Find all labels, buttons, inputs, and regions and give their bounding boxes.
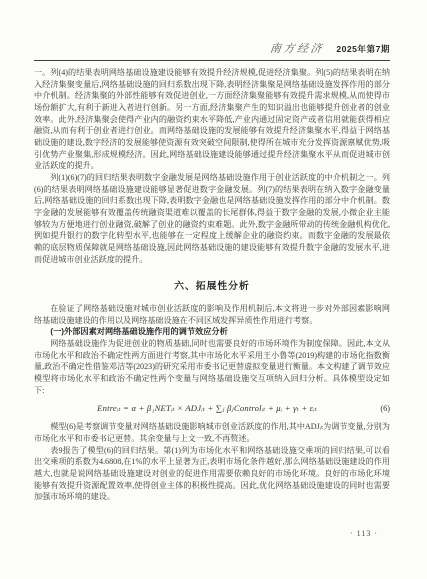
journal-page: 南方经济 2025年第7期 一。列(4)的结果表明网络基础设施建设能够有效提升经…	[0, 0, 427, 579]
paragraph-extension-intro: 在验证了网络基础设施对城市创业活跃度的影响及作用机制后,本文将进一步对外部因素影…	[34, 303, 390, 326]
paragraph-results-market: 表9报告了模型(6)的回归结果。第(1)列为市场化水平和网络基础设施交乘项的回归…	[34, 445, 390, 503]
paragraph-model-explanation: 模型(6)是考察调节变量对网络基础设施影响城市创业活跃度的作用,其中ADJᵢₜ为…	[34, 421, 390, 444]
page-number: · 113 ·	[350, 529, 378, 538]
paragraph-mediation-agglomeration: 一。列(4)的结果表明网络基础设施建设能够有效提升经济规模,促进经济集聚。列(5…	[34, 67, 390, 172]
subsection-heading: (一)外部因素对网络基础设施作用的调节效应分析	[34, 326, 390, 338]
formula-expression: Entreᵢₜ = α + β₁NETᵢₜ × ADJᵢₜ + ∑ⱼ βⱼCon…	[34, 403, 380, 414]
article-body: 一。列(4)的结果表明网络基础设施建设能够有效提升经济规模,促进经济集聚。列(5…	[34, 67, 390, 503]
formula-number: (6)	[380, 404, 390, 413]
journal-logo: 南方经济	[269, 40, 325, 56]
issue-label: 2025年第7期	[336, 43, 390, 55]
section-heading: 六、拓展性分析	[34, 278, 390, 292]
formula-block: Entreᵢₜ = α + β₁NETᵢₜ × ADJᵢₜ + ∑ⱼ βⱼCon…	[34, 403, 390, 414]
page-header: 南方经济 2025年第7期	[34, 40, 390, 61]
paragraph-moderation-setup: 网络基础设施作为促进创业的物质基础,同时也需要良好的市场环境作为制度保障。因此,…	[34, 338, 390, 396]
paragraph-mediation-digital-finance: 列(1)(6)(7)的回归结果表明数字金融发展是网络基础设施作用于创业活跃度的中…	[34, 172, 390, 265]
